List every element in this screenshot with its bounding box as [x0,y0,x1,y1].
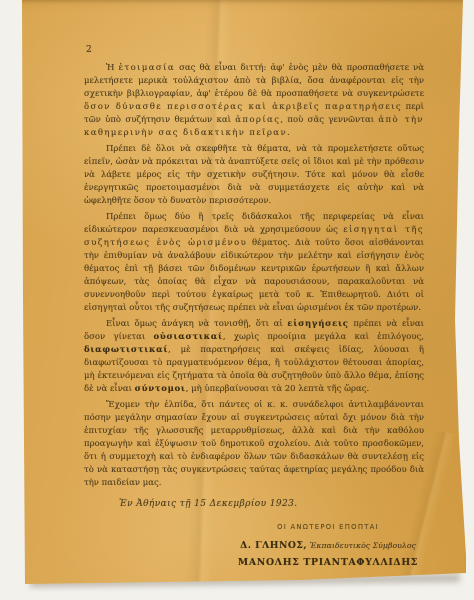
paragraph: Ἡ ἑτοιμασία σας θὰ εἶναι διττή: ἀφ' ἑνὸς… [84,62,424,140]
paper-sheet: 2 Ἡ ἑτοιμασία σας θὰ εἶναι διττή: ἀφ' ἑν… [0,0,474,600]
signatory-title-glinos: Ἐκπαιδευτικὸς Σύμβουλος [310,541,416,550]
text-segment: ἀπορίας [235,115,280,125]
dateline: Ἐν Ἀθήναις τῇ 15 Δεκεμβρίου 1923. [119,498,424,511]
text-segment: σύντομοι [135,384,186,394]
signature-line-glinos: Δ. ΓΛΗΝΟΣ, Ἐκπαιδευτικὸς Σύμβουλος [232,539,424,553]
paragraph: Εἶναι ὅμως ἀνάγκη νὰ τονισθῇ, ὅτι αἱ εἰσ… [84,318,424,396]
text-segment: Εἶναι ὅμως ἀνάγκη νὰ τονισθῇ, ὅτι αἱ [106,319,287,329]
text-segment: ὅσον δύνασθε περισσοτέρας καὶ ἀκριβεῖς π… [84,102,402,112]
text-segment: θέματος. Διὰ τοῦτο ὅσοι αἰσθάνονται τὴν … [84,238,424,313]
signatory-name-glinos: Δ. ΓΛΗΝΟΣ, [240,540,307,551]
page-number: 2 [86,44,424,57]
signature-block: ΟΙ ΑΝΩΤΕΡΟΙ ΕΠΟΠΤΑΙ Δ. ΓΛΗΝΟΣ, Ἐκπαιδευτ… [232,521,424,569]
scan-background: 2 Ἡ ἑτοιμασία σας θὰ εἶναι διττή: ἀφ' ἑν… [0,0,474,600]
paragraph: Πρέπει ὅμως δύο ἢ τρεῖς διδάσκαλοι τῆς π… [84,211,424,315]
text-segment: , χωρὶς προοίμια μεγάλα καὶ ἐπιλόγους, [223,332,424,342]
text-segment: , ποὺ σᾶς γεννῶνται [280,115,378,125]
paragraph: Πρέπει δὲ ὅλοι νὰ σκεφθῆτε τὰ θέματα, νὰ… [84,143,424,208]
signature-heading: ΟΙ ΑΝΩΤΕΡΟΙ ΕΠΟΠΤΑΙ [232,521,424,534]
paragraph: Ἔχομεν τὴν ἐλπίδα, ὅτι πάντες οἱ κ. κ. σ… [84,399,424,490]
text-segment: οὐσιαστικαί [154,332,223,342]
text-segment: εἰσηγήσεις [287,319,348,329]
signatory-name-triantafyllidis: ΜΑΝΟΛΗΣ ΤΡΙΑΝΤΑΦΥΛΛΙΔΗΣ [232,556,424,569]
text-segment: ἑτοιμασία [119,63,175,73]
document-body: Ἡ ἑτοιμασία σας θὰ εἶναι διττή: ἀφ' ἑνὸς… [84,62,424,490]
text-segment: Ἔχομεν τὴν ἐλπίδα, ὅτι πάντες οἱ κ. κ. σ… [84,400,424,488]
text-segment: διαφωτιστικαί [84,345,168,355]
text-segment: Ἡ [106,63,119,73]
page-content: 2 Ἡ ἑτοιμασία σας θὰ εἶναι διττή: ἀφ' ἑν… [84,44,424,569]
text-segment: Πρέπει δὲ ὅλοι νὰ σκεφθῆτε τὰ θέματα, νὰ… [84,144,424,206]
text-segment: , μὴ ὑπερβαίνουσαι τὰ 20 λεπτὰ τῆς ὥρας. [186,384,369,394]
